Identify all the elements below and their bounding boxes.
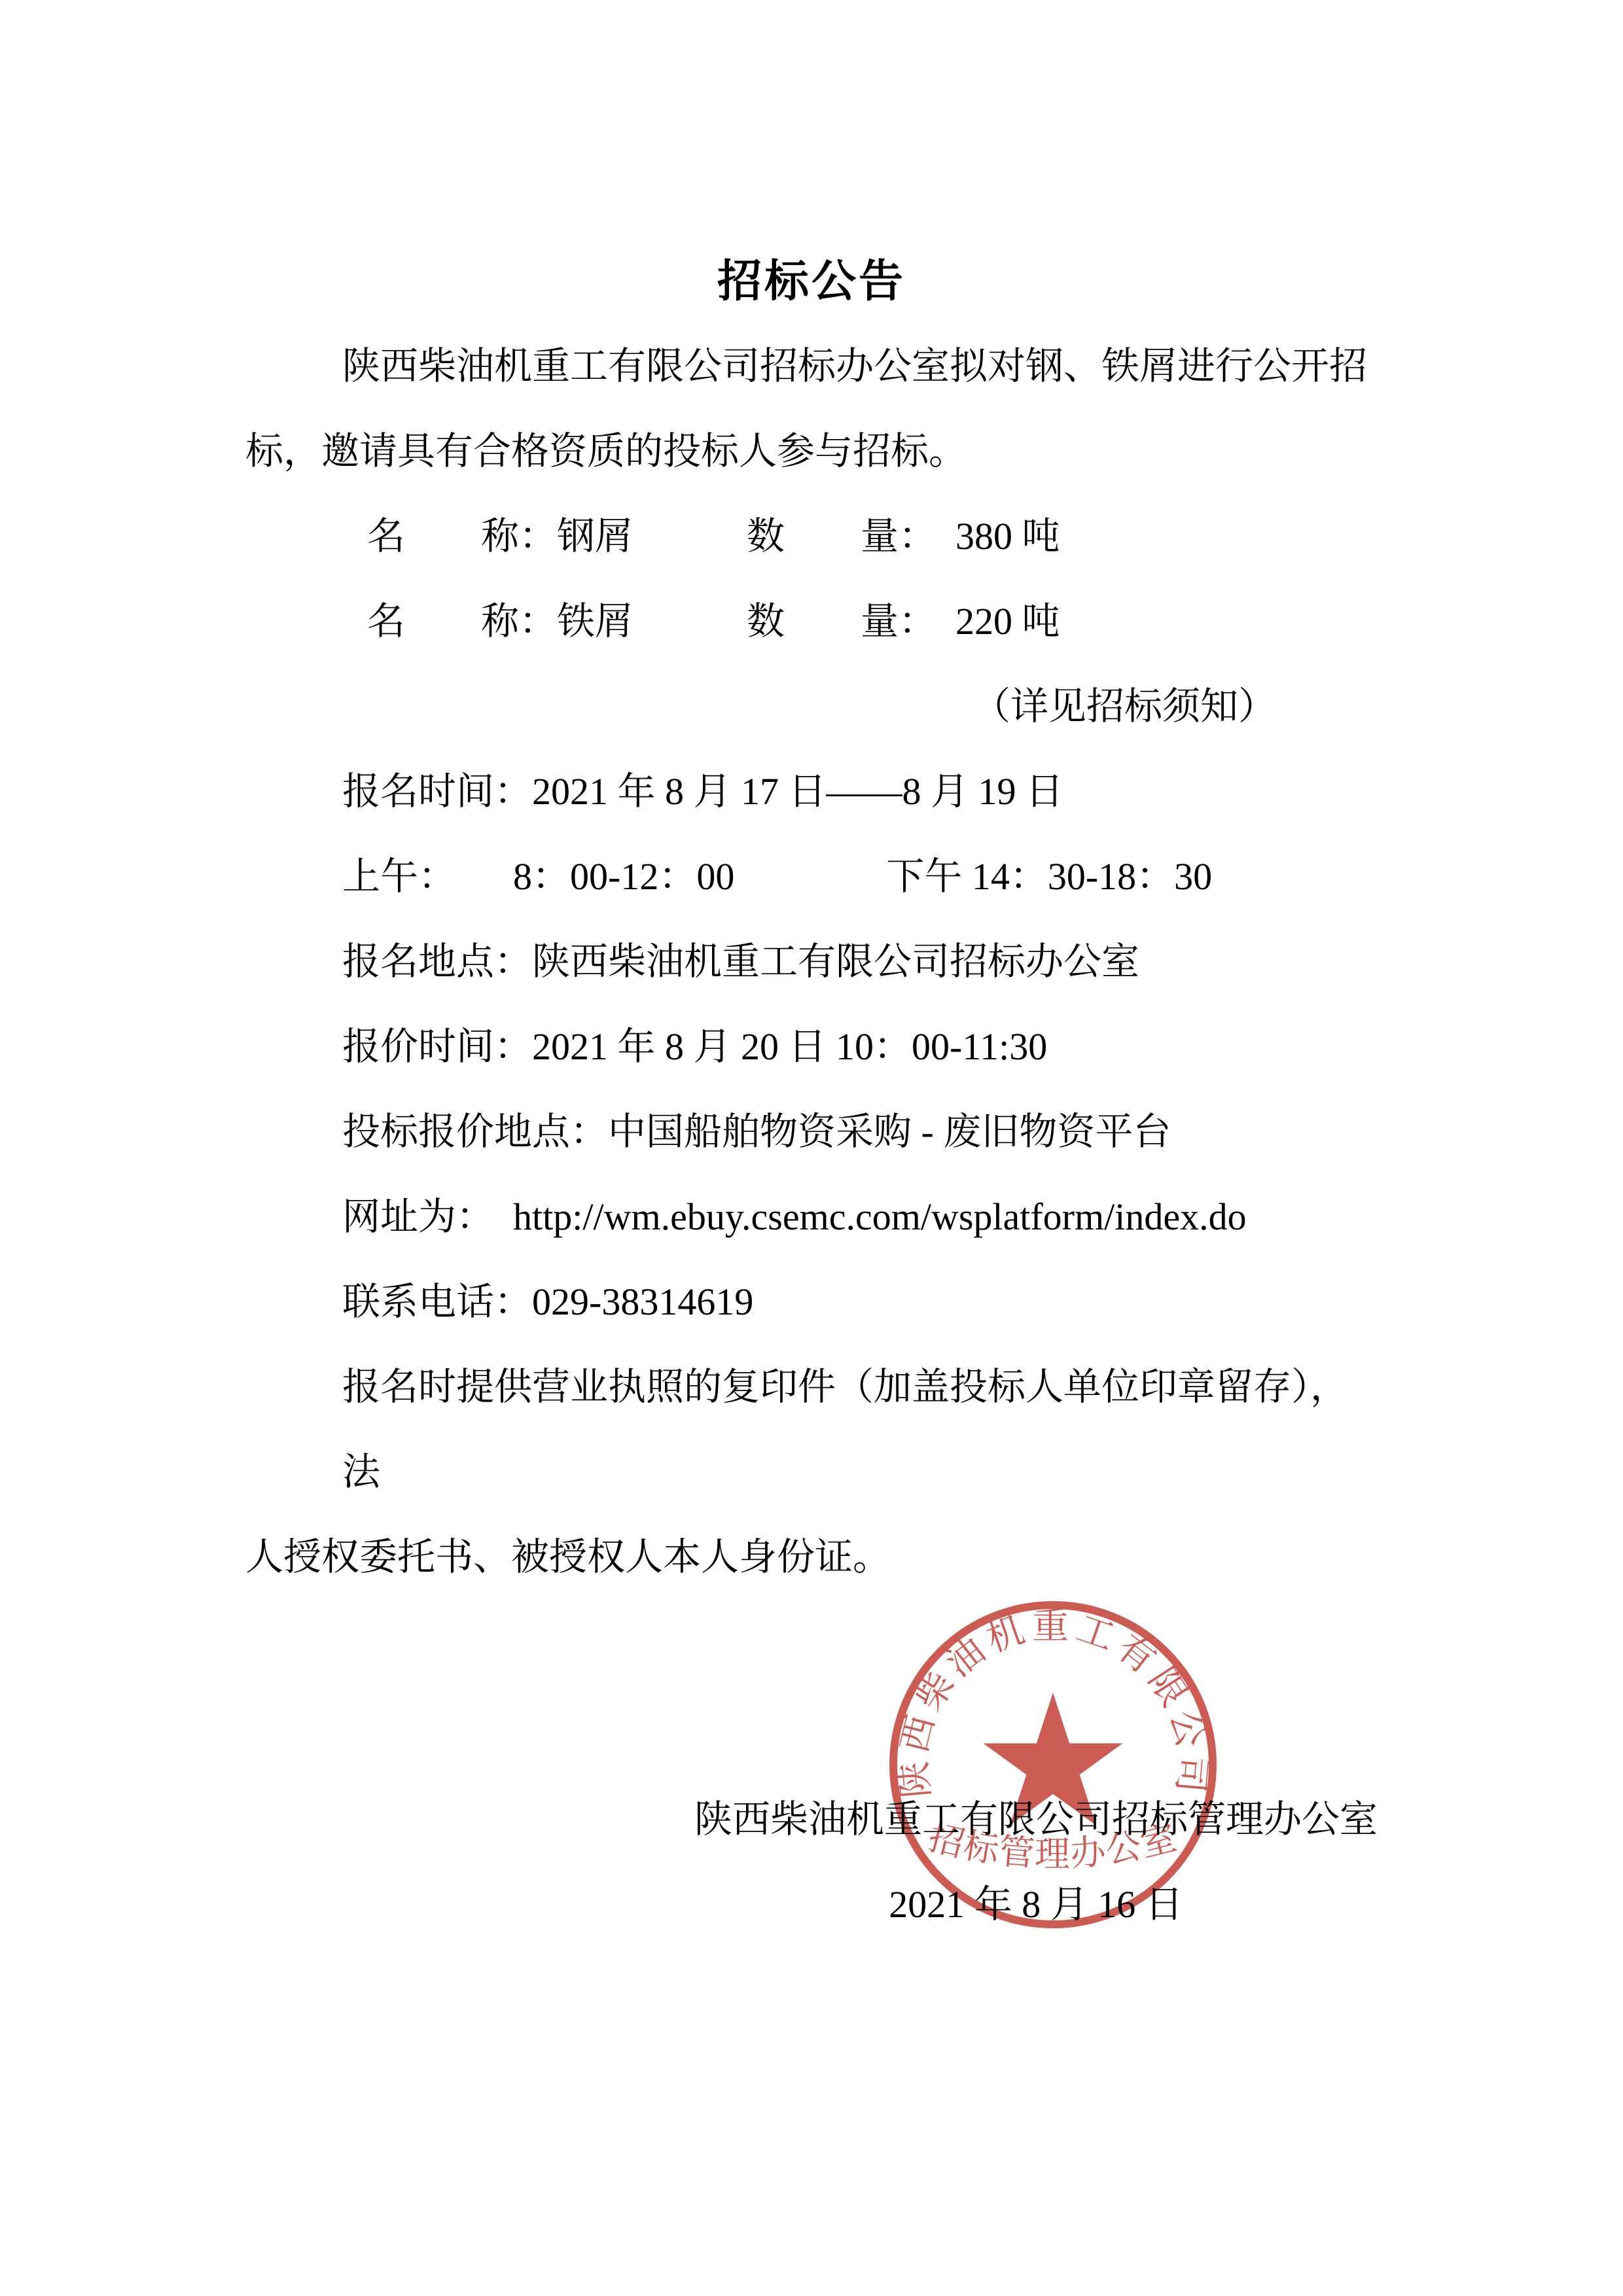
signature-organization: 陕西柴油机重工有限公司招标管理办公室 xyxy=(694,1777,1378,1862)
website-line: 网址为： http://wm.ebuy.csemc.com/wsplatform… xyxy=(245,1174,1378,1260)
office-hours-line: 上午： 8：00-12：00 下午 14：30-18：30 xyxy=(245,834,1378,919)
registration-time-line: 报名时间：2021 年 8 月 17 日——8 月 19 日 xyxy=(245,749,1378,834)
bidding-place-line: 投标报价地点：中国船舶物资采购 - 废旧物资平台 xyxy=(245,1089,1378,1174)
body-line: 人授权委托书、被授权人本人身份证。 xyxy=(245,1515,1378,1600)
signature-date: 2021 年 8 月 16 日 xyxy=(694,1862,1378,1947)
item-line-iron: 名 称：铁屑 数 量： 220 吨 xyxy=(245,579,1378,664)
quotation-time-line: 报价时间：2021 年 8 月 20 日 10：00-11:30 xyxy=(245,1004,1378,1089)
body-line: 陕西柴油机重工有限公司招标办公室拟对钢、铁屑进行公开招 xyxy=(245,324,1378,409)
registration-place-line: 报名地点：陕西柴油机重工有限公司招标办公室 xyxy=(245,919,1378,1004)
body-line: 标，邀请具有合格资质的投标人参与招标。 xyxy=(245,409,1378,494)
signature-block: 陕西柴油机重工有限公司招标管理办公室 2021 年 8 月 16 日 xyxy=(694,1777,1378,1947)
document-body: 招标公告 陕西柴油机重工有限公司招标办公室拟对钢、铁屑进行公开招 标，邀请具有合… xyxy=(245,239,1378,1947)
document-title: 招标公告 xyxy=(245,239,1378,324)
note-line: （详见招标须知） xyxy=(245,664,1378,749)
item-line-steel: 名 称：钢屑 数 量： 380 吨 xyxy=(245,494,1378,579)
phone-line: 联系电话：029-38314619 xyxy=(245,1260,1378,1345)
document-page: 招标公告 陕西柴油机重工有限公司招标办公室拟对钢、铁屑进行公开招 标，邀请具有合… xyxy=(0,0,1623,2296)
body-line: 报名时提供营业执照的复印件（加盖投标人单位印章留存），法 xyxy=(245,1345,1378,1515)
